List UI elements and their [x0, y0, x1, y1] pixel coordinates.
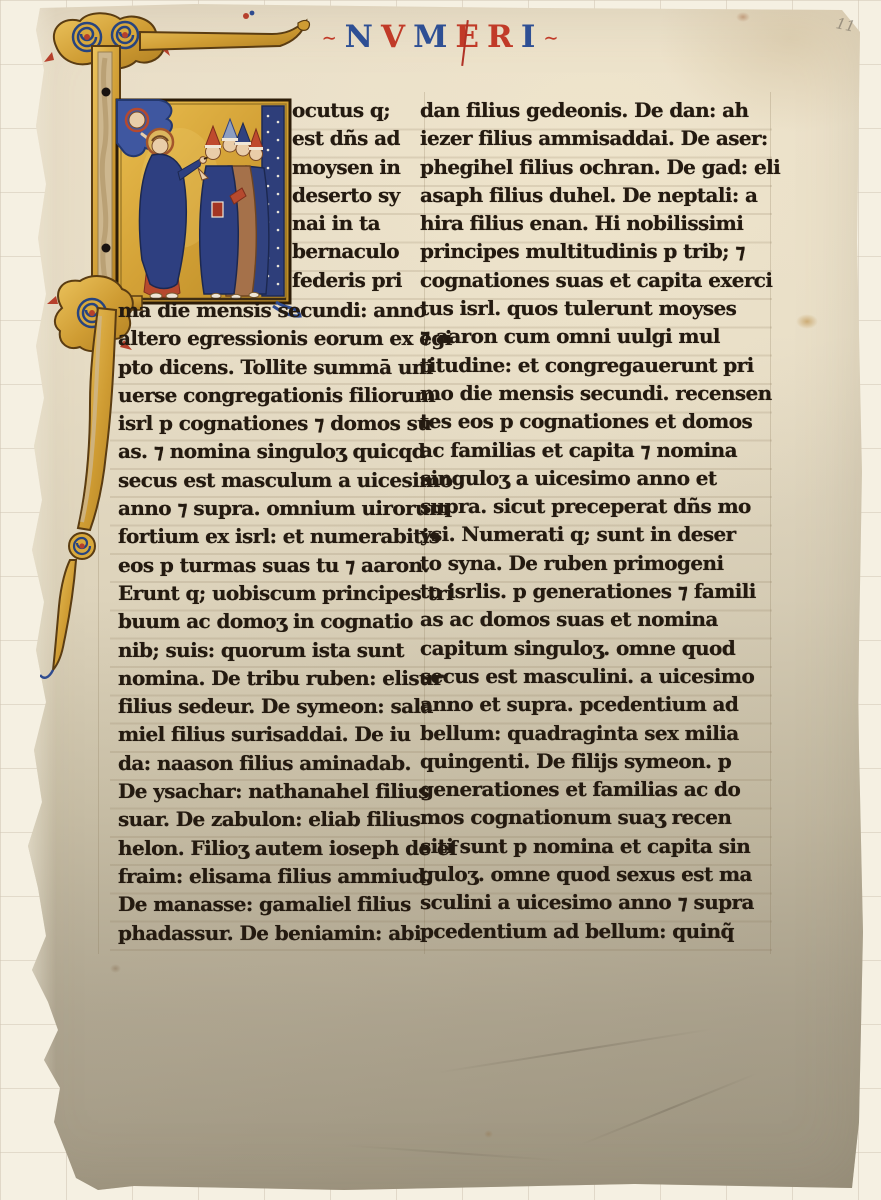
israelites-group — [198, 119, 269, 300]
stain-spot — [110, 964, 121, 973]
title-letter: R — [487, 22, 514, 53]
title-letter: V — [381, 22, 406, 53]
miniature — [117, 100, 300, 316]
text-line: filius sedeur. De symeon: sala — [118, 692, 410, 720]
text-line: cognationes suas et capita exerci — [420, 266, 758, 294]
text-line: supra. sicut preceperat dñs mo — [420, 492, 758, 520]
text-line: dan filius gedeonis. De dan: ah — [420, 96, 758, 124]
text-line: generationes et familias ac do — [420, 775, 758, 803]
text-line: secus est masculum a uicesimo — [118, 466, 410, 494]
text-line: est dñs ad — [292, 124, 408, 152]
text-line: tes eos p cognationes et domos — [420, 407, 758, 435]
left-column-text: ma die mensis secundi: annoaltero egress… — [118, 296, 410, 947]
text-line: sculini a uicesimo anno ⁊ supra — [420, 888, 758, 916]
text-line: eos p turmas suas tu ⁊ aaron. — [118, 551, 410, 579]
text-line: ysi. Numerati q; sunt in deser — [420, 520, 758, 548]
text-line: suar. De zabulon: eliab filius — [118, 805, 410, 833]
folio-number-pencil: 11 — [834, 14, 856, 36]
initial-tail — [40, 308, 116, 678]
text-line: mos cognationum suaʒ recen — [420, 803, 758, 831]
text-line: as. ⁊ nomina singuloʒ quicqd — [118, 437, 410, 465]
text-line: as ac domos suas et nomina — [420, 605, 758, 633]
text-line: altero egressionis eorum ex egi — [118, 324, 410, 352]
text-line: fortium ex isrl: et numerabitis — [118, 522, 410, 550]
text-line: deserto sy — [292, 181, 408, 209]
text-line: pcedentium ad bellum: quinq̃ — [420, 917, 758, 945]
text-line: iezer filius ammisaddai. De aser: — [420, 124, 758, 152]
text-line: De ysachar: nathanahel filius — [118, 777, 410, 805]
text-line: ma die mensis secundi: anno — [118, 296, 410, 324]
text-line: principes multitudinis p trib; ⁊ — [420, 237, 758, 265]
text-line: mo die mensis secundi. recensen — [420, 379, 758, 407]
stain-spot — [736, 12, 750, 22]
initial-top-bar — [140, 11, 309, 50]
text-line: Erunt q; uobiscum principes tri — [118, 579, 410, 607]
text-line: fraim: elisama filius ammiud. — [118, 862, 410, 890]
text-line: tus isrl. quos tulerunt moyses — [420, 294, 758, 322]
stain-spot — [796, 314, 818, 329]
text-line: ⁊ aaron cum omni uulgi mul — [420, 322, 758, 350]
crease-line — [581, 1072, 758, 1145]
right-column-text: dan filius gedeonis. De dan: ahiezer fil… — [420, 96, 758, 945]
text-line: nib; suis: quorum ista sunt — [118, 636, 410, 664]
margin-guide-line — [770, 92, 771, 954]
text-line: federis pri — [292, 266, 408, 294]
title-letter: ∼ — [543, 30, 559, 48]
title-letter: N — [345, 22, 374, 53]
text-line: helon. Filioʒ autem ioseph de ef — [118, 834, 410, 862]
text-line: moysen in — [292, 153, 408, 181]
title-letter: I — [521, 22, 537, 53]
text-line: quingenti. De filijs symeon. p — [420, 747, 758, 775]
text-line: titudine: et congregauerunt pri — [420, 351, 758, 379]
text-line: nai in ta — [292, 209, 408, 237]
text-line: hira filius enan. Hi nobilissimi — [420, 209, 758, 237]
text-line: secus est masculini. a uicesimo — [420, 662, 758, 690]
text-line: to syna. De ruben primogeni — [420, 549, 758, 577]
text-line: isrl p cognationes ⁊ domos su — [118, 409, 410, 437]
text-line: buum ac domoʒ in cognatio — [118, 607, 410, 635]
text-line: bellum: quadraginta sex milia — [420, 719, 758, 747]
text-line: nomina. De tribu ruben: elisur — [118, 664, 410, 692]
text-line: guloʒ. omne quod sexus est ma — [420, 860, 758, 888]
text-line: anno et supra. pcedentium ad — [420, 690, 758, 718]
text-line: pto dicens. Tollite summā uni — [118, 353, 410, 381]
text-line: anno ⁊ supra. omnium uirorum — [118, 494, 410, 522]
text-line: bernaculo — [292, 237, 408, 265]
text-line: ocutus q; — [292, 96, 408, 124]
text-line: miel filius surisaddai. De iu — [118, 720, 410, 748]
text-line: singuloʒ a uicesimo anno et — [420, 464, 758, 492]
title-letter: ∼ — [322, 30, 338, 48]
title-letter: M — [413, 22, 448, 53]
crease-line — [344, 1144, 564, 1161]
manuscript-photo: ∼NVMERI∼ 11 — [0, 0, 881, 1200]
text-line: ac familias et capita ⁊ nomina — [420, 436, 758, 464]
text-line: phegihel filius ochran. De gad: eli — [420, 153, 758, 181]
text-line: phadassur. De beniamin: abi — [118, 919, 410, 947]
text-line: asaph filius duhel. De neptali: a — [420, 181, 758, 209]
crease-line — [436, 1028, 713, 1074]
text-line: siti sunt p nomina et capita sin — [420, 832, 758, 860]
left-column-indented-text: ocutus q;est dñs admoysen indeserto syna… — [292, 96, 408, 294]
text-line: to isrlis. p generationes ⁊ famili — [420, 577, 758, 605]
text-line: uerse congregationis filiorum — [118, 381, 410, 409]
text-line: De manasse: gamaliel filius — [118, 890, 410, 918]
text-line: capitum singuloʒ. omne quod — [420, 634, 758, 662]
stain-spot — [484, 1130, 493, 1138]
text-line: da: naason filius aminadab. — [118, 749, 410, 777]
